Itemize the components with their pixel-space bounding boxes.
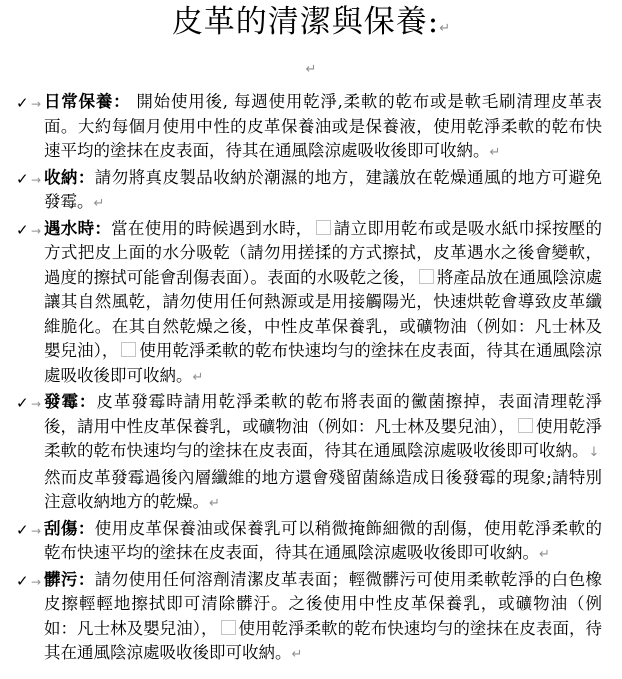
list-item: ✓→髒污：請勿使用任何溶劑清潔皮革表面；輕微髒污可使用柔軟乾淨的白色橡皮擦輕輕地… xyxy=(0,568,622,668)
checkmark-bullet-icon: ✓ xyxy=(16,518,29,543)
item-heading: 發霉： xyxy=(44,392,96,411)
title-text: 皮革的清潔與保養: xyxy=(172,4,439,40)
empty-paragraph: ↵ xyxy=(0,45,622,90)
tab-arrow-icon: → xyxy=(31,219,41,244)
item-heading: 日常保養： xyxy=(44,92,130,111)
paragraph-mark-icon: ↵ xyxy=(539,547,550,562)
list-item: ✓→刮傷：使用皮革保養油或保養乳可以稍微掩飾細微的刮傷，使用乾淨柔軟的乾布快速平… xyxy=(0,517,622,568)
paragraph-mark-icon: ↵ xyxy=(306,62,317,77)
tab-arrow-icon: → xyxy=(31,519,41,544)
list-item: ✓→遇水時：當在使用的時候遇到水時，請立即用乾布或是吸水紙巾採按壓的方式把皮上面… xyxy=(0,217,622,391)
missing-glyph-box xyxy=(121,342,136,357)
item-heading: 刮傷： xyxy=(44,519,95,538)
paragraph-mark-icon: ↵ xyxy=(209,496,220,511)
care-list: ✓→日常保養： 開始使用後, 每週使用乾淨,柔軟的乾布或是軟毛刷清理皮革表面。大… xyxy=(0,90,622,668)
checkmark-bullet-icon: ✓ xyxy=(16,569,29,594)
item-heading: 髒污： xyxy=(44,570,95,589)
document-title: 皮革的清潔與保養:↵ xyxy=(0,0,622,45)
checkmark-bullet-icon: ✓ xyxy=(16,167,29,192)
line-break-mark-icon: ↓ xyxy=(589,445,600,460)
item-heading: 收納： xyxy=(44,168,95,187)
paragraph-mark-icon: ↵ xyxy=(439,21,450,36)
missing-glyph-box xyxy=(419,269,434,284)
list-item: ✓→收納：請勿將真皮製品收納於潮濕的地方，建議放在乾燥通風的地方可避免發霉。↵ xyxy=(0,166,622,217)
tab-arrow-icon: → xyxy=(31,392,41,417)
paragraph-mark-icon: ↵ xyxy=(490,145,501,160)
missing-glyph-box xyxy=(316,220,331,235)
checkmark-bullet-icon: ✓ xyxy=(16,391,29,416)
tab-arrow-icon: → xyxy=(31,570,41,595)
missing-glyph-box xyxy=(221,620,236,635)
paragraph-mark-icon: ↵ xyxy=(292,647,303,662)
list-item: ✓→發霉：皮革發霉時請用乾淨柔軟的乾布將表面的黴菌擦掉，表面清理乾淨後，請用中性… xyxy=(0,390,622,517)
paragraph-mark-icon: ↵ xyxy=(193,370,204,385)
item-heading: 遇水時： xyxy=(44,219,111,238)
list-item: ✓→日常保養： 開始使用後, 每週使用乾淨,柔軟的乾布或是軟毛刷清理皮革表面。大… xyxy=(0,90,622,166)
checkmark-bullet-icon: ✓ xyxy=(16,218,29,243)
document-page: 皮革的清潔與保養:↵ ↵ ✓→日常保養： 開始使用後, 每週使用乾淨,柔軟的乾布… xyxy=(0,0,622,679)
missing-glyph-box xyxy=(518,418,533,433)
paragraph-mark-icon: ↵ xyxy=(94,196,105,211)
tab-arrow-icon: → xyxy=(31,92,41,117)
tab-arrow-icon: → xyxy=(31,168,41,193)
checkmark-bullet-icon: ✓ xyxy=(16,91,29,116)
